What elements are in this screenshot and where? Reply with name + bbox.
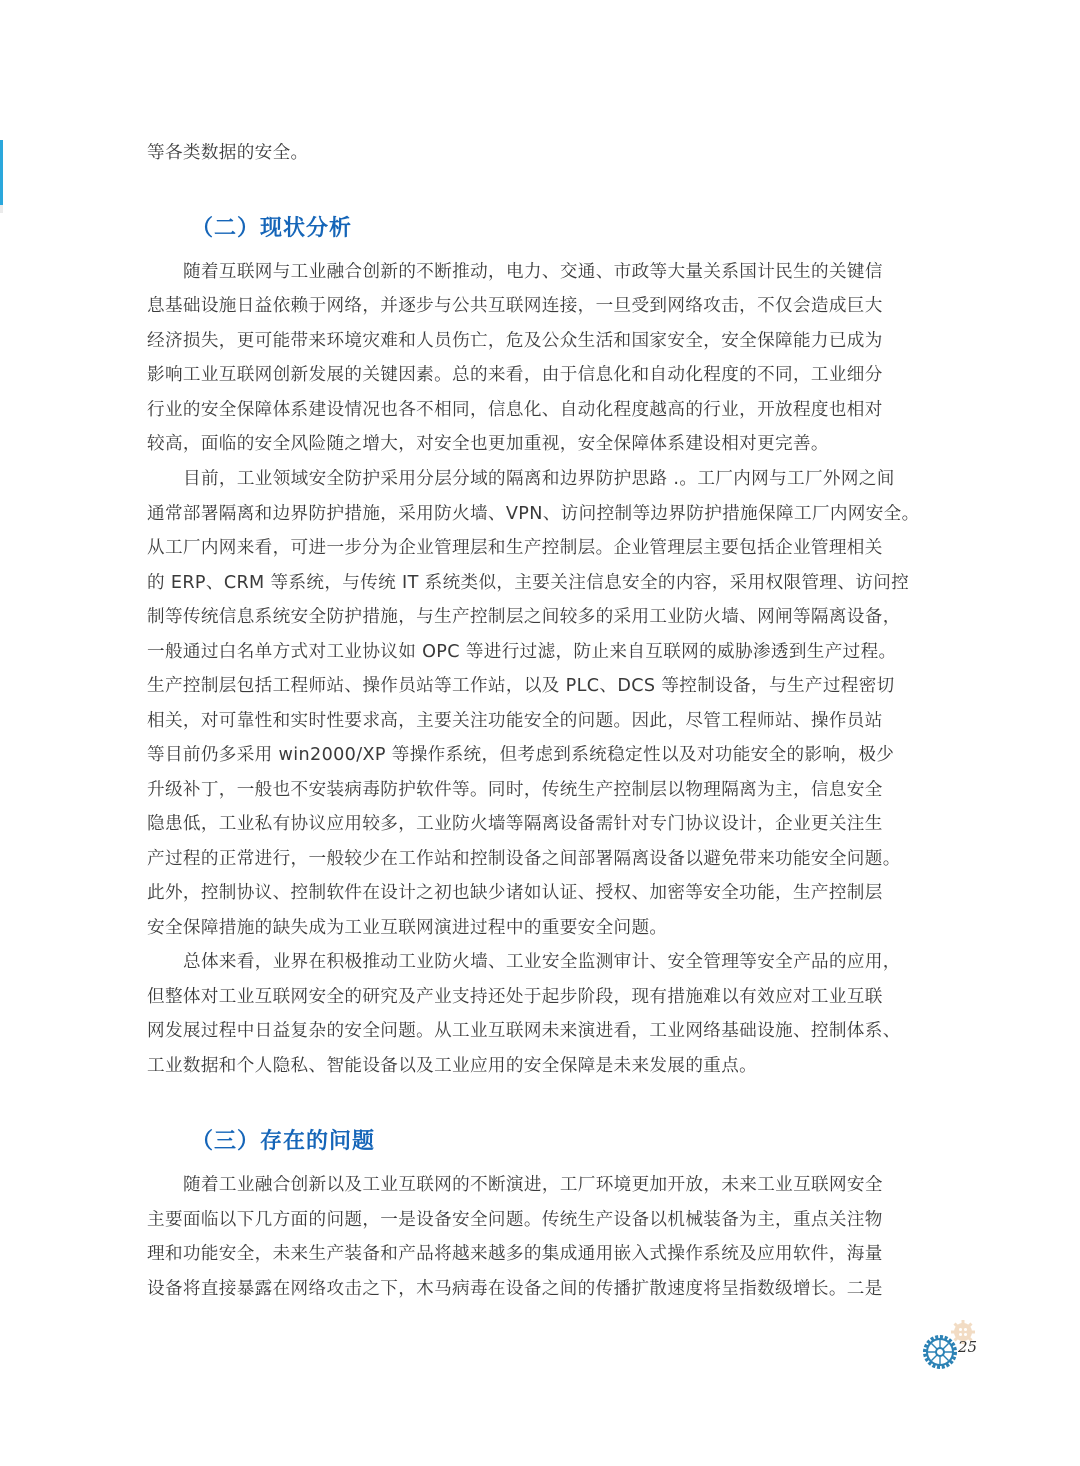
text-line: 目前，工业领域安全防护采用分层分域的隔离和边界防护思路 .。工厂内网与工厂外网之… (147, 468, 983, 490)
text-line: 等目前仍多采用 win2000/XP 等操作系统，但考虑到系统稳定性以及对功能安… (147, 744, 947, 766)
text-line: 制等传统信息系统安全防护措施，与生产控制层之间较多的采用工业防火墙、网闸等隔离设… (147, 606, 947, 628)
side-accent-bar-shadow (0, 205, 3, 213)
text-line: 生产控制层包括工程师站、操作员站等工作站，以及 PLC、DCS 等控制设备，与生… (147, 675, 947, 697)
text-line: 行业的安全保障体系建设情况也各不相同，信息化、自动化程度越高的行业，开放程度也相… (147, 399, 947, 421)
text-line: 升级补丁，一般也不安装病毒防护软件等。同时，传统生产控制层以物理隔离为主，信息安… (147, 779, 947, 801)
side-accent-bar (0, 140, 3, 205)
text-line: 的 ERP、CRM 等系统，与传统 IT 系统类似，主要关注信息安全的内容，采用… (147, 572, 947, 594)
gear-wheel-icon (925, 1337, 955, 1367)
text-line: 一般通过白名单方式对工业协议如 OPC 等进行过滤，防止来自互联网的威胁渗透到生… (147, 641, 947, 663)
text-line: 较高，面临的安全风险随之增大，对安全也更加重视，安全保障体系建设相对更完善。 (147, 433, 947, 455)
section-heading-status-analysis: （二）现状分析 (191, 211, 352, 242)
section-heading-existing-problems: （三）存在的问题 (191, 1124, 375, 1155)
text-line: 随着工业融合创新以及工业互联网的不断演进，工厂环境更加开放，未来工业互联网安全 (147, 1174, 983, 1196)
text-line: 相关，对可靠性和实时性要求高，主要关注功能安全的问题。因此，尽管工程师站、操作员… (147, 710, 947, 732)
text-line: 但整体对工业互联网安全的研究及产业支持还处于起步阶段，现有措施难以有效应对工业互… (147, 986, 947, 1008)
text-line: 理和功能安全，未来生产装备和产品将越来越多的集成通用嵌入式操作系统及应用软件，海… (147, 1243, 947, 1265)
page-number: 25 (958, 1338, 977, 1356)
text-line: 经济损失，更可能带来环境灾难和人员伤亡，危及公众生活和国家安全，安全保障能力已成… (147, 330, 947, 352)
text-line: 息基础设施日益依赖于网络，并逐步与公共互联网连接，一旦受到网络攻击，不仅会造成巨… (147, 295, 947, 317)
text-line: 影响工业互联网创新发展的关键因素。总的来看，由于信息化和自动化程度的不同，工业细… (147, 364, 947, 386)
text-line: 工业数据和个人隐私、智能设备以及工业应用的安全保障是未来发展的重点。 (147, 1055, 947, 1077)
text-line: 从工厂内网来看，可进一步分为企业管理层和生产控制层。企业管理层主要包括企业管理相… (147, 537, 947, 559)
text-line: 产过程的正常进行，一般较少在工作站和控制设备之间部署隔离设备以避免带来功能安全问… (147, 848, 947, 870)
text-line: 随着互联网与工业融合创新的不断推动，电力、交通、市政等大量关系国计民生的关键信 (147, 261, 983, 283)
gear-decoration (920, 1318, 990, 1378)
text-line: 设备将直接暴露在网络攻击之下，木马病毒在设备之间的传播扩散速度将呈指数级增长。二… (147, 1278, 947, 1300)
text-line: 隐患低，工业私有协议应用较多，工业防火墙等隔离设备需针对专门协议设计，企业更关注… (147, 813, 947, 835)
page-footer: 25 (920, 1318, 990, 1378)
text-line: 安全保障措施的缺失成为工业互联网演进过程中的重要安全问题。 (147, 917, 947, 939)
text-line: 网发展过程中日益复杂的安全问题。从工业互联网未来演进看，工业网络基础设施、控制体… (147, 1020, 947, 1042)
text-line: 总体来看，业界在积极推动工业防火墙、工业安全监测审计、安全管理等安全产品的应用， (147, 951, 983, 973)
text-line: 主要面临以下几方面的问题，一是设备安全问题。传统生产设备以机械装备为主，重点关注… (147, 1209, 947, 1231)
text-line: 此外，控制协议、控制软件在设计之初也缺少诸如认证、授权、加密等安全功能，生产控制… (147, 882, 947, 904)
intro-tail-text: 等各类数据的安全。 (147, 142, 947, 164)
text-line: 通常部署隔离和边界防护措施，采用防火墙、VPN、访问控制等边界防护措施保障工厂内… (147, 503, 947, 525)
